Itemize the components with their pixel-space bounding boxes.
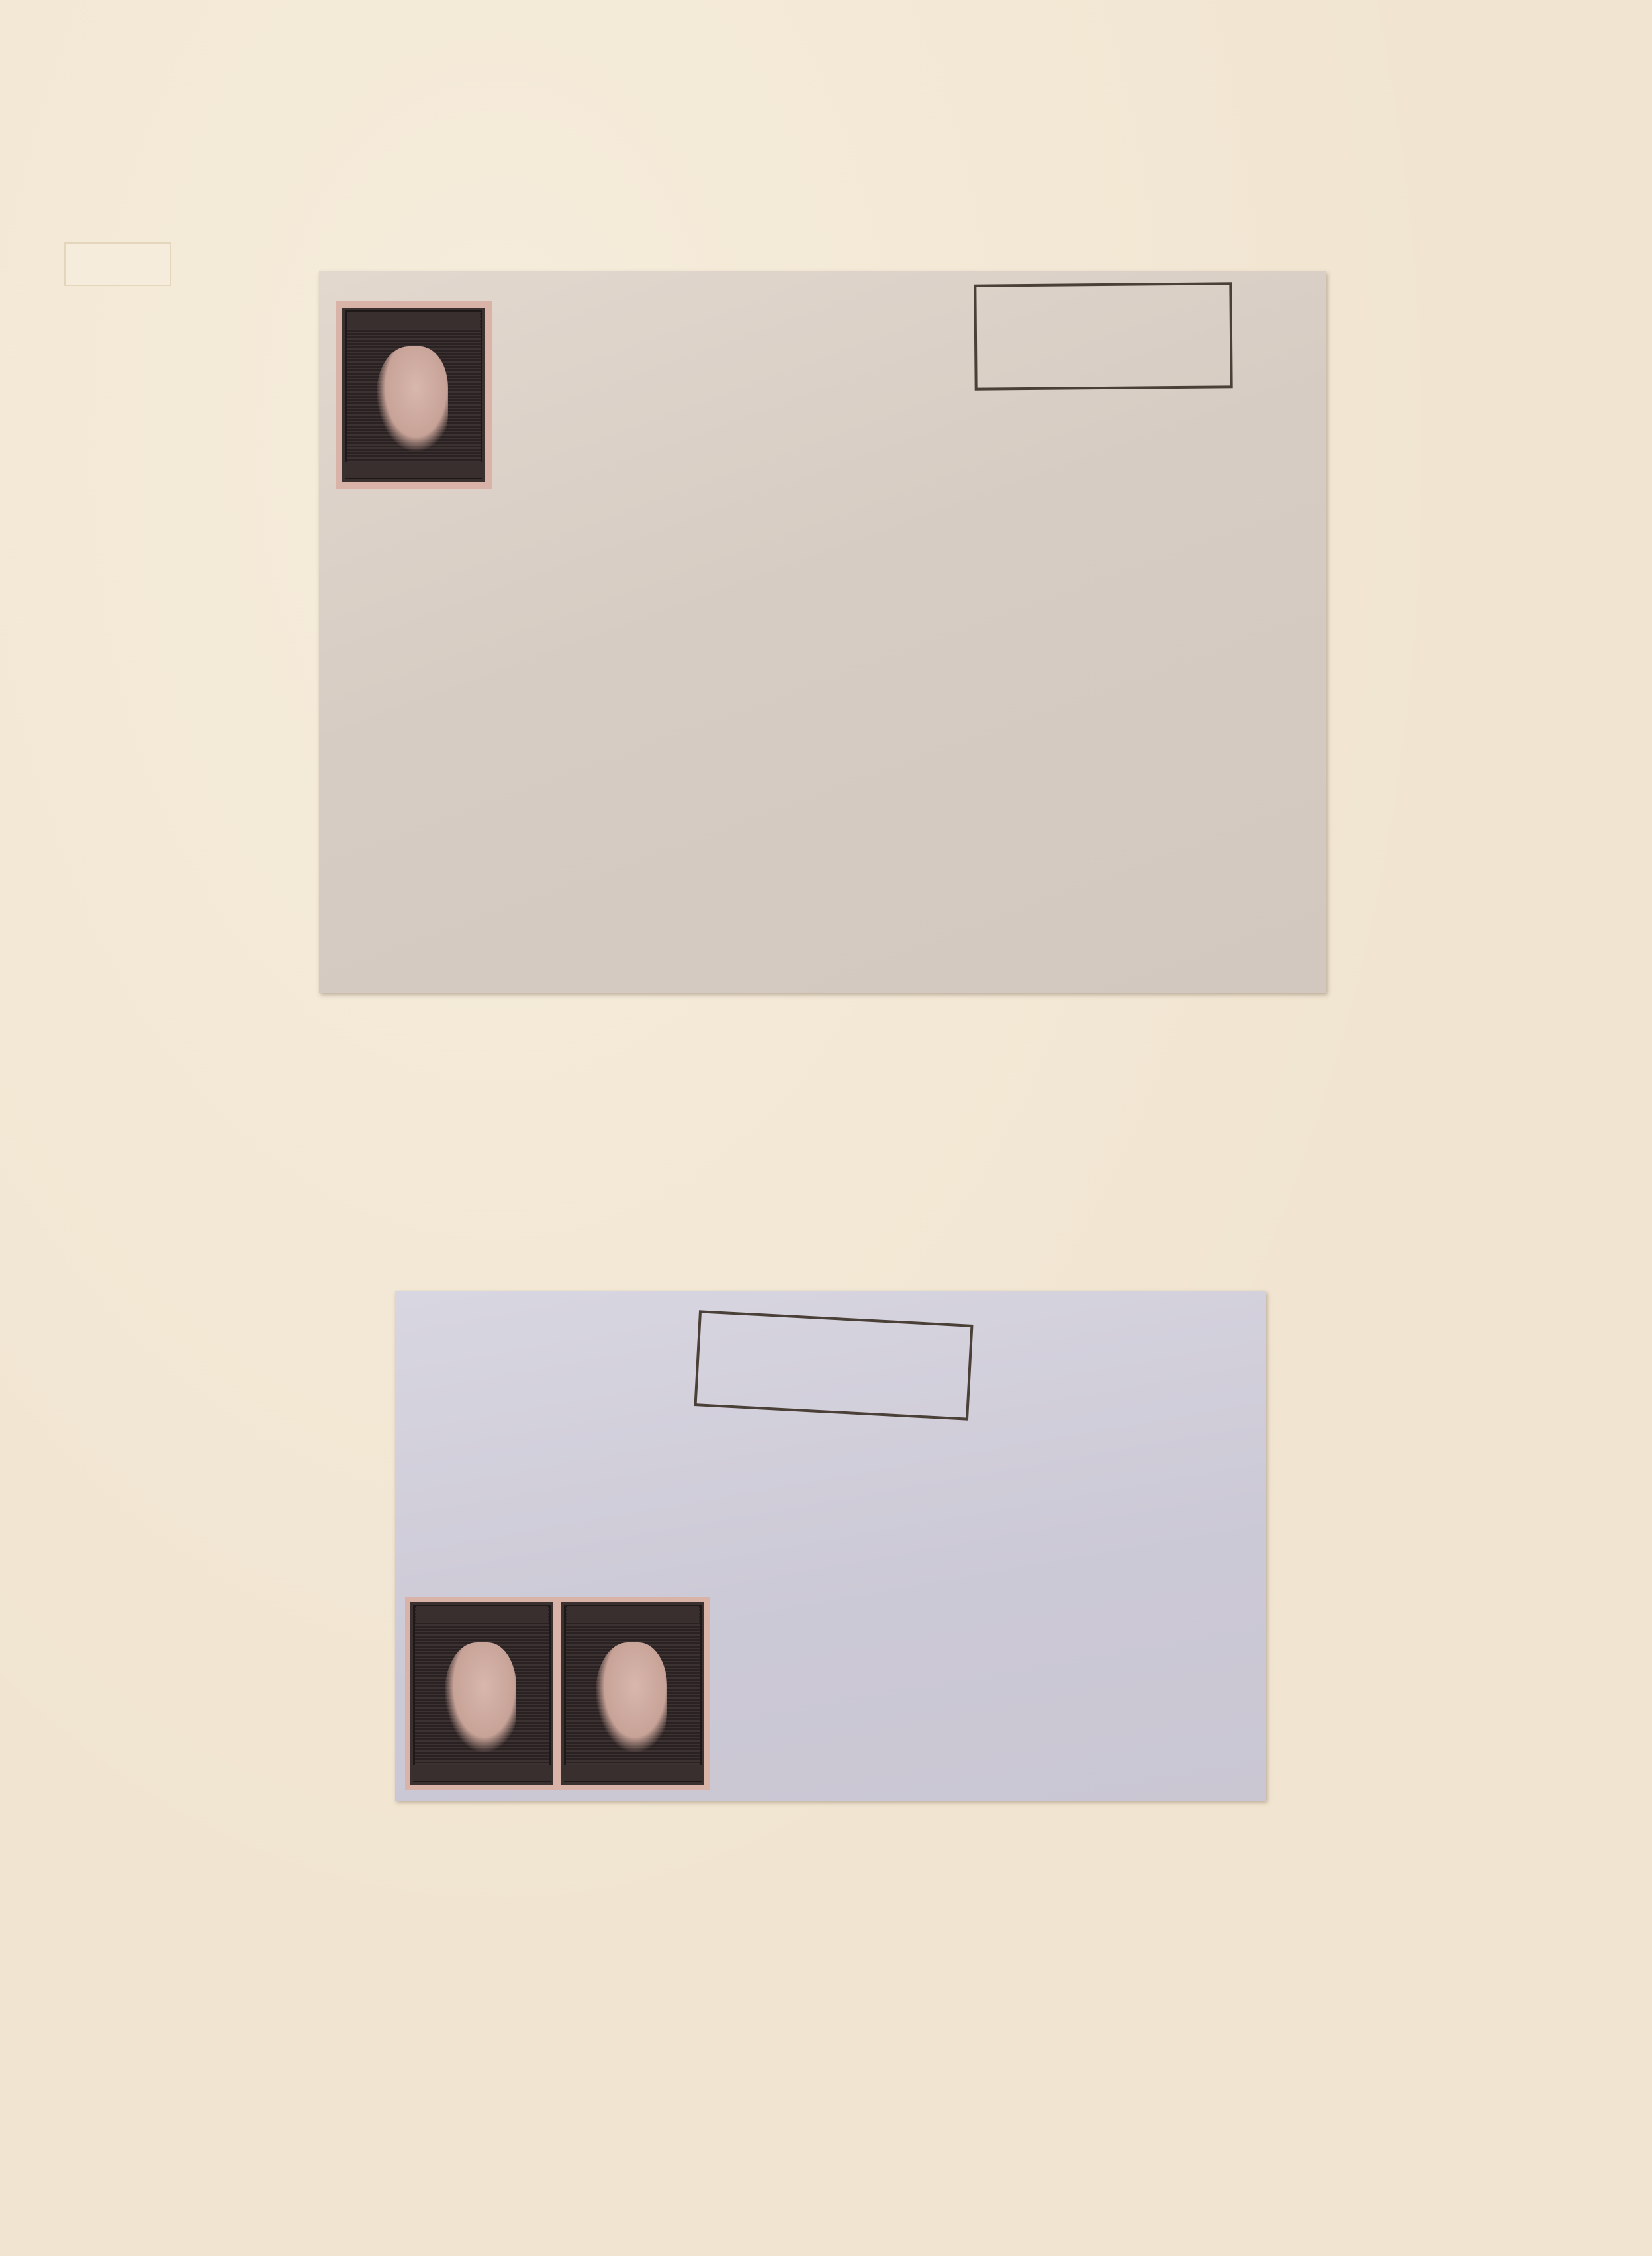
album-page bbox=[0, 0, 1652, 2256]
page-border bbox=[0, 0, 1652, 2256]
